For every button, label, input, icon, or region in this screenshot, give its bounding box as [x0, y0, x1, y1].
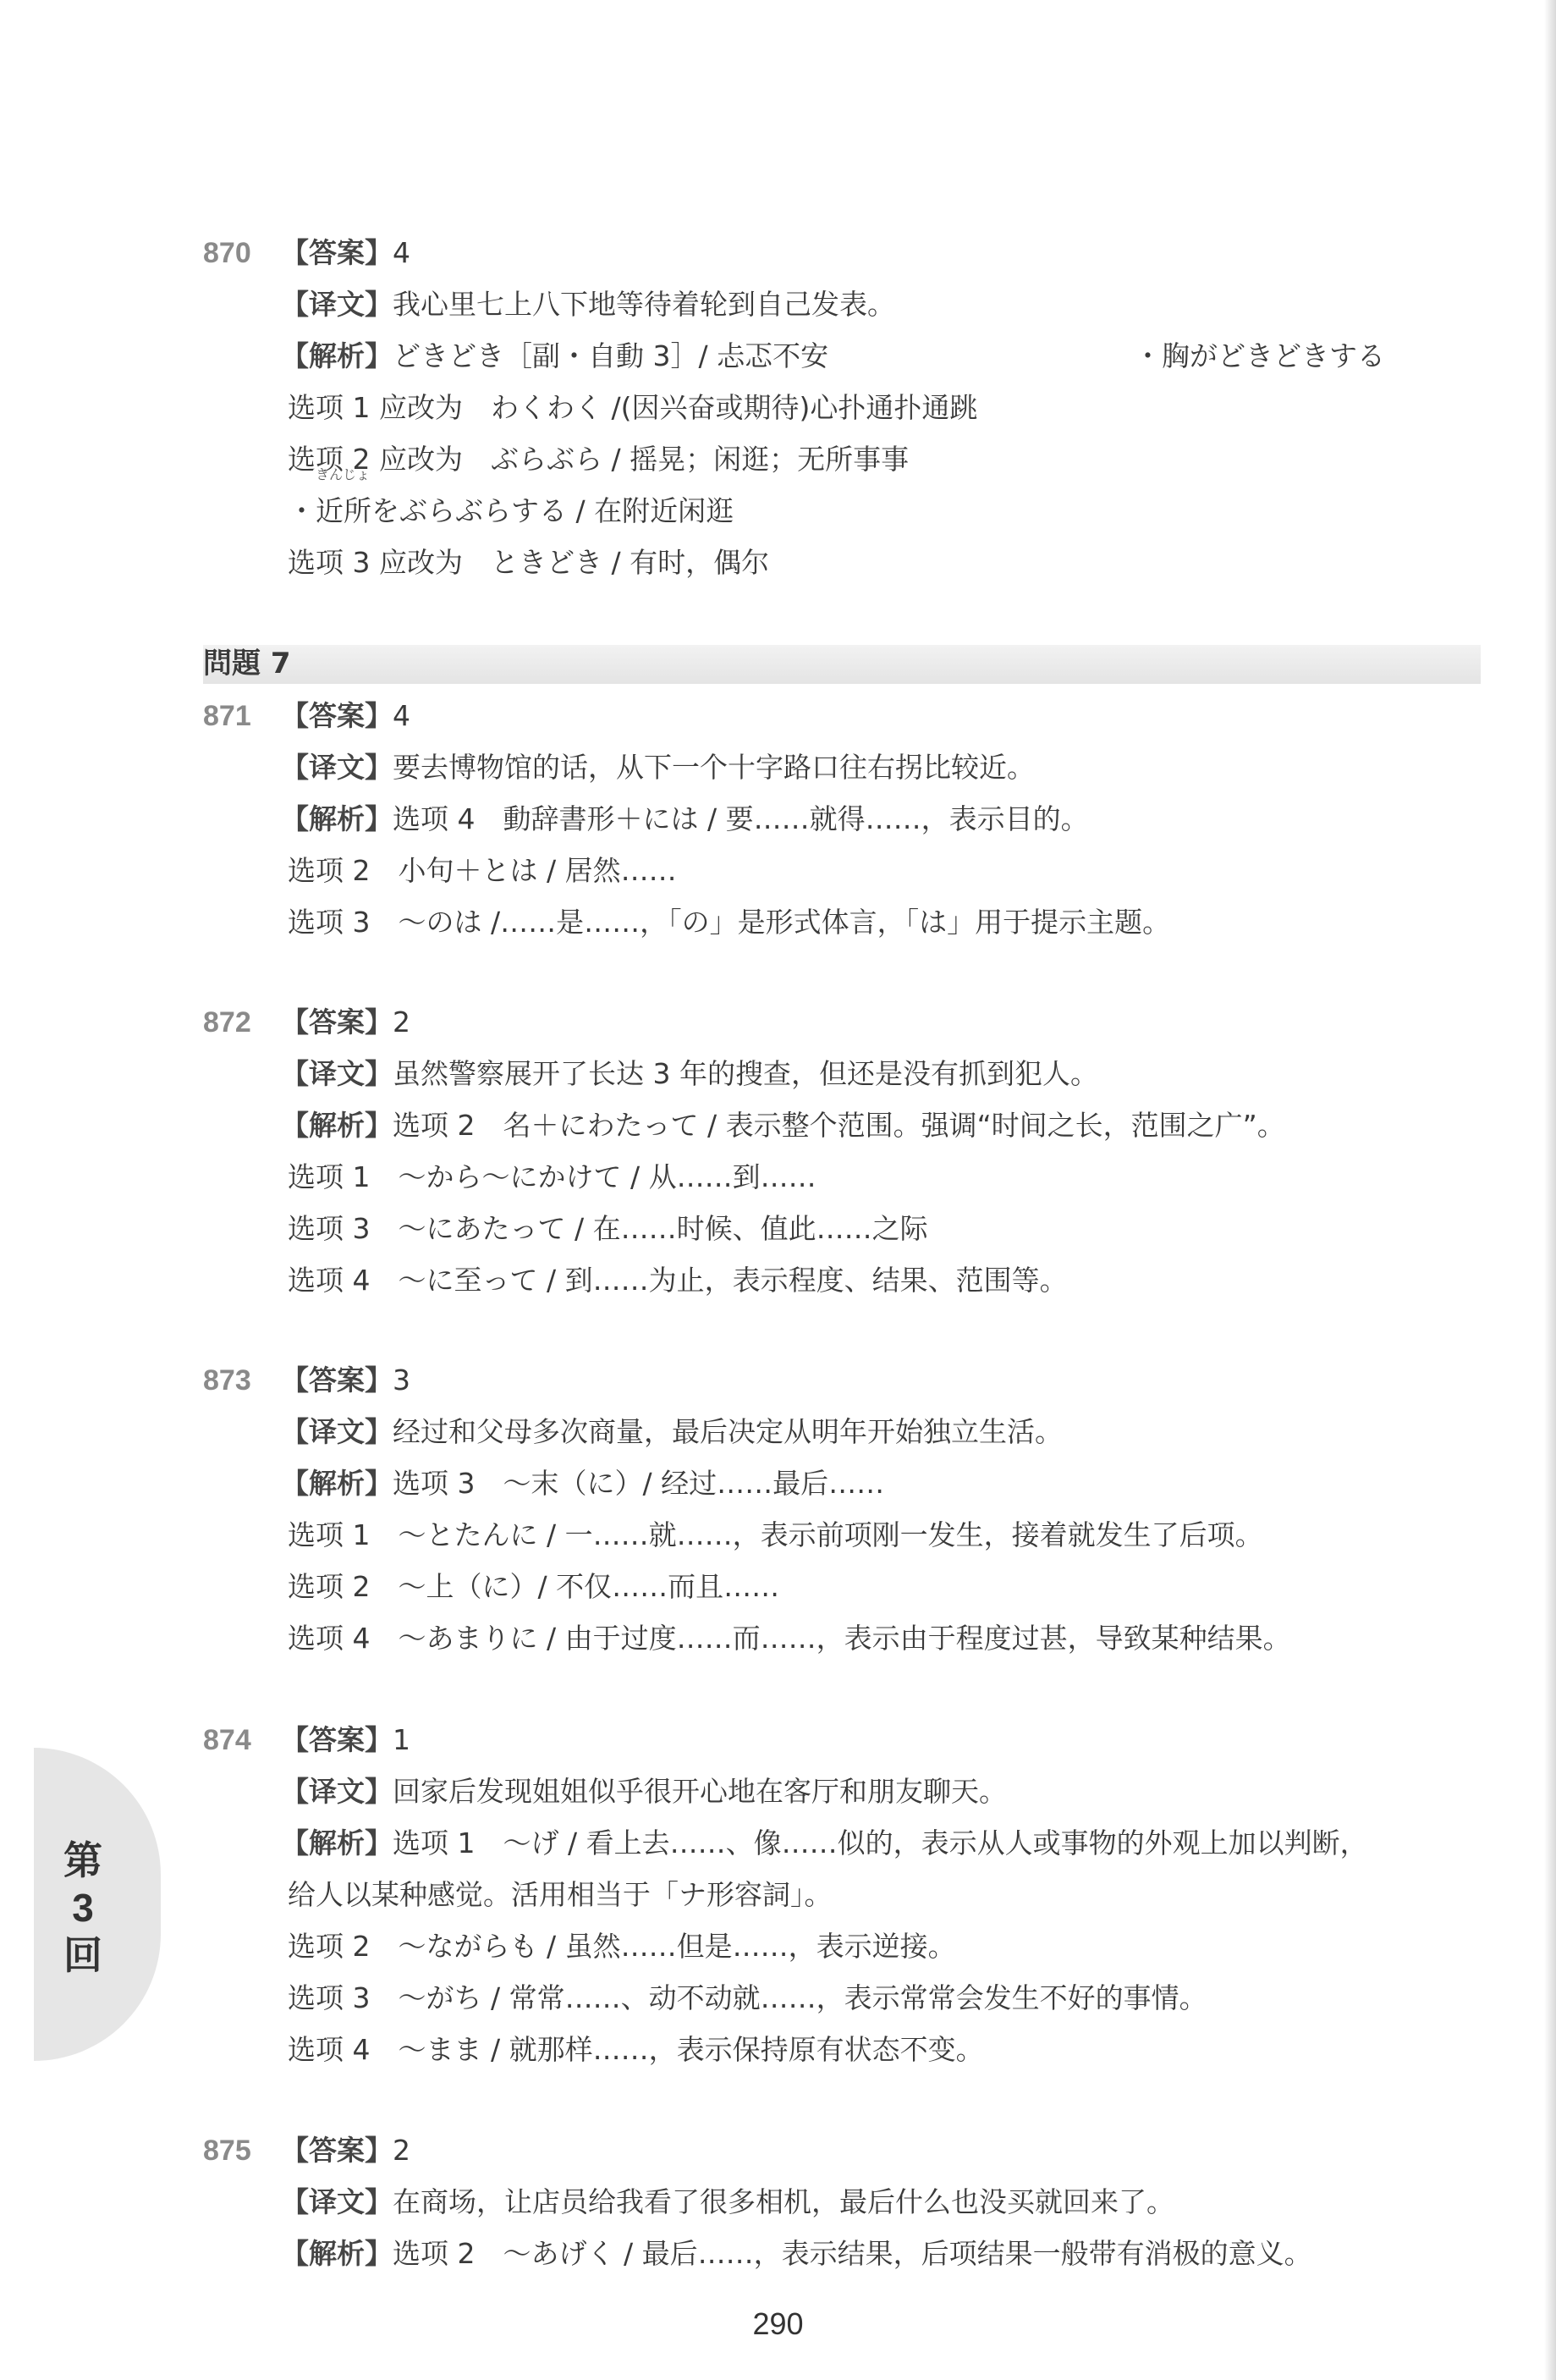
question-number: 873	[203, 1355, 281, 1407]
translation-text: 我心里七上八下地等待着轮到自己发表。	[393, 288, 895, 321]
option-line: 选项 1 应改为 わくわく /(因兴奋或期待)心扑通扑通跳	[203, 382, 1489, 433]
option-line: 选项 4 ～に至って / 到……为止，表示程度、结果、范围等。	[203, 1254, 1489, 1306]
option-line: 选项 3 ～のは /……是……，「の」是形式体言，「は」用于提示主题。	[203, 896, 1489, 948]
answer-tag: 【答案】	[281, 1005, 393, 1038]
question-number: 870	[203, 228, 281, 279]
analysis-line: 【解析】どきどき［副・自動 3］/ 忐忑不安 ・胸がどきどきする	[203, 330, 1489, 382]
option-line: 选项 2 ～ながらも / 虽然……但是……，表示逆接。	[203, 1920, 1489, 1972]
translation-line: 【译文】虽然警察展开了长达 3 年的搜查，但还是没有抓到犯人。	[203, 1048, 1489, 1099]
translation-text: 虽然警察展开了长达 3 年的搜查，但还是没有抓到犯人。	[393, 1057, 1098, 1090]
translation-tag: 【译文】	[281, 1775, 393, 1808]
option-line: 选项 3 ～にあたって / 在……时候、值此……之际	[203, 1203, 1489, 1254]
translation-tag: 【译文】	[281, 2185, 393, 2218]
answer-value: 4	[393, 236, 410, 269]
analysis-text: どきどき［副・自動 3］/ 忐忑不安	[393, 339, 828, 372]
option-line: 选项 4 ～あまりに / 由于过度……而……，表示由于程度过甚，导致某种结果。	[203, 1612, 1489, 1664]
question-number: 874	[203, 1715, 281, 1766]
answer-line: 872【答案】2	[203, 996, 1489, 1048]
analysis-text: 选项 1 ～げ / 看上去……、像……似的，表示从人或事物的外观上加以判断，	[393, 1826, 1368, 1859]
answer-tag: 【答案】	[281, 2134, 393, 2167]
translation-line: 【译文】经过和父母多次商量，最后决定从明年开始独立生活。	[203, 1406, 1489, 1457]
translation-tag: 【译文】	[281, 751, 393, 784]
chapter-char: 回	[58, 1931, 108, 1979]
answer-tag: 【答案】	[281, 1364, 393, 1397]
book-page: 870【答案】4 【译文】我心里七上八下地等待着轮到自己发表。 【解析】どきどき…	[0, 0, 1556, 2380]
example-text: をぶらぶらする / 在附近闲逛	[371, 494, 734, 527]
analysis-continuation: 给人以某种感觉。活用相当于「ナ形容詞」。	[203, 1869, 1489, 1920]
answer-tag: 【答案】	[281, 236, 393, 269]
entry-874: 874【答案】1 【译文】回家后发现姐姐似乎很开心地在客厅和朋友聊天。 【解析】…	[203, 1714, 1489, 2075]
option-line: 选项 1 ～から～にかけて / 从……到……	[203, 1151, 1489, 1203]
analysis-tag: 【解析】	[281, 339, 393, 372]
translation-text: 要去博物馆的话，从下一个十字路口往右拐比较近。	[393, 751, 1035, 784]
analysis-text: 选项 4 動辞書形＋には / 要……就得……，表示目的。	[393, 802, 1089, 835]
answer-tag: 【答案】	[281, 1723, 393, 1756]
answer-line: 871【答案】4	[203, 690, 1489, 741]
translation-tag: 【译文】	[281, 288, 393, 321]
answer-line: 870【答案】4	[203, 227, 1489, 278]
example-kanji: 近所	[316, 494, 371, 527]
analysis-tag: 【解析】	[281, 1467, 393, 1500]
translation-line: 【译文】我心里七上八下地等待着轮到自己发表。	[203, 278, 1489, 330]
entry-873: 873【答案】3 【译文】经过和父母多次商量，最后决定从明年开始独立生活。 【解…	[203, 1354, 1489, 1664]
translation-tag: 【译文】	[281, 1415, 393, 1448]
analysis-tag: 【解析】	[281, 2237, 393, 2270]
answer-value: 2	[393, 1005, 410, 1038]
option-line: 选项 2 ～上（に）/ 不仅……而且……	[203, 1561, 1489, 1612]
analysis-text: 选项 3 ～末（に）/ 经过……最后……	[393, 1467, 884, 1500]
page-edge-shadow	[1544, 0, 1556, 2380]
answer-tag: 【答案】	[281, 699, 393, 732]
analysis-tag: 【解析】	[281, 1109, 393, 1142]
answer-value: 1	[393, 1723, 410, 1756]
option-line: 选项 4 ～まま / 就那样……，表示保持原有状态不变。	[203, 2024, 1489, 2075]
example-line: ・きんじょ近所をぶらぶらする / 在附近闲逛	[203, 485, 1489, 537]
question-number: 871	[203, 691, 281, 742]
entry-871: 871【答案】4 【译文】要去博物馆的话，从下一个十字路口往右拐比较近。 【解析…	[203, 690, 1489, 948]
furigana: きんじょ	[316, 468, 370, 482]
answer-line: 873【答案】3	[203, 1354, 1489, 1406]
answer-value: 4	[393, 699, 410, 732]
entry-870: 870【答案】4 【译文】我心里七上八下地等待着轮到自己发表。 【解析】どきどき…	[203, 227, 1489, 588]
answer-value: 3	[393, 1364, 410, 1397]
section-title: 問題 7	[203, 642, 291, 686]
analysis-line: 【解析】选项 4 動辞書形＋には / 要……就得……，表示目的。	[203, 793, 1489, 845]
option-line: 选项 3 ～がち / 常常……、动不动就……，表示常常会发生不好的事情。	[203, 1972, 1489, 2024]
answer-value: 2	[393, 2134, 410, 2167]
analysis-tag: 【解析】	[281, 1826, 393, 1859]
entry-872: 872【答案】2 【译文】虽然警察展开了长达 3 年的搜查，但还是没有抓到犯人。…	[203, 996, 1489, 1306]
translation-tag: 【译文】	[281, 1057, 393, 1090]
analysis-text: 选项 2 ～あげく / 最后……，表示结果，后项结果一般带有消极的意义。	[393, 2237, 1312, 2270]
analysis-example: ・胸がどきどきする	[1134, 330, 1385, 382]
chapter-char: 第	[58, 1837, 108, 1884]
analysis-tag: 【解析】	[281, 802, 393, 835]
question-number: 875	[203, 2125, 281, 2177]
analysis-line: 【解析】选项 1 ～げ / 看上去……、像……似的，表示从人或事物的外观上加以判…	[203, 1817, 1489, 1869]
chapter-side-tab-label: 第 3 回	[58, 1837, 108, 1979]
translation-text: 回家后发现姐姐似乎很开心地在客厅和朋友聊天。	[393, 1775, 1007, 1808]
option-line: 选项 1 ～とたんに / 一……就……，表示前项刚一发生，接着就发生了后项。	[203, 1509, 1489, 1561]
question-number: 872	[203, 997, 281, 1049]
translation-text: 在商场，让店员给我看了很多相机，最后什么也没买就回来了。	[393, 2185, 1174, 2218]
answer-line: 874【答案】1	[203, 1714, 1489, 1766]
ruby-word: きんじょ近所	[316, 485, 371, 537]
translation-line: 【译文】要去博物馆的话，从下一个十字路口往右拐比较近。	[203, 741, 1489, 793]
section-header-band	[203, 645, 1481, 684]
option-line: 选项 2 小句＋とは / 居然……	[203, 845, 1489, 896]
analysis-line: 【解析】选项 2 名＋にわたって / 表示整个范围。强调“时间之长，范围之广”。	[203, 1099, 1489, 1151]
translation-text: 经过和父母多次商量，最后决定从明年开始独立生活。	[393, 1415, 1063, 1448]
analysis-text: 选项 2 名＋にわたって / 表示整个范围。强调“时间之长，范围之广”。	[393, 1109, 1285, 1142]
translation-line: 【译文】回家后发现姐姐似乎很开心地在客厅和朋友聊天。	[203, 1766, 1489, 1817]
option-line: 选项 2 应改为 ぶらぶら / 摇晃；闲逛；无所事事	[203, 433, 1489, 485]
analysis-line: 【解析】选项 2 ～あげく / 最后……，表示结果，后项结果一般带有消极的意义。	[203, 2228, 1489, 2279]
translation-line: 【译文】在商场，让店员给我看了很多相机，最后什么也没买就回来了。	[203, 2176, 1489, 2228]
example-bullet: ・	[288, 494, 316, 527]
chapter-char: 3	[58, 1884, 108, 1931]
entry-875: 875【答案】2 【译文】在商场，让店员给我看了很多相机，最后什么也没买就回来了…	[203, 2124, 1489, 2279]
option-line: 选项 3 应改为 ときどき / 有时，偶尔	[203, 537, 1489, 588]
page-number: 290	[0, 2306, 1556, 2342]
answer-line: 875【答案】2	[203, 2124, 1489, 2176]
analysis-line: 【解析】选项 3 ～末（に）/ 经过……最后……	[203, 1457, 1489, 1509]
